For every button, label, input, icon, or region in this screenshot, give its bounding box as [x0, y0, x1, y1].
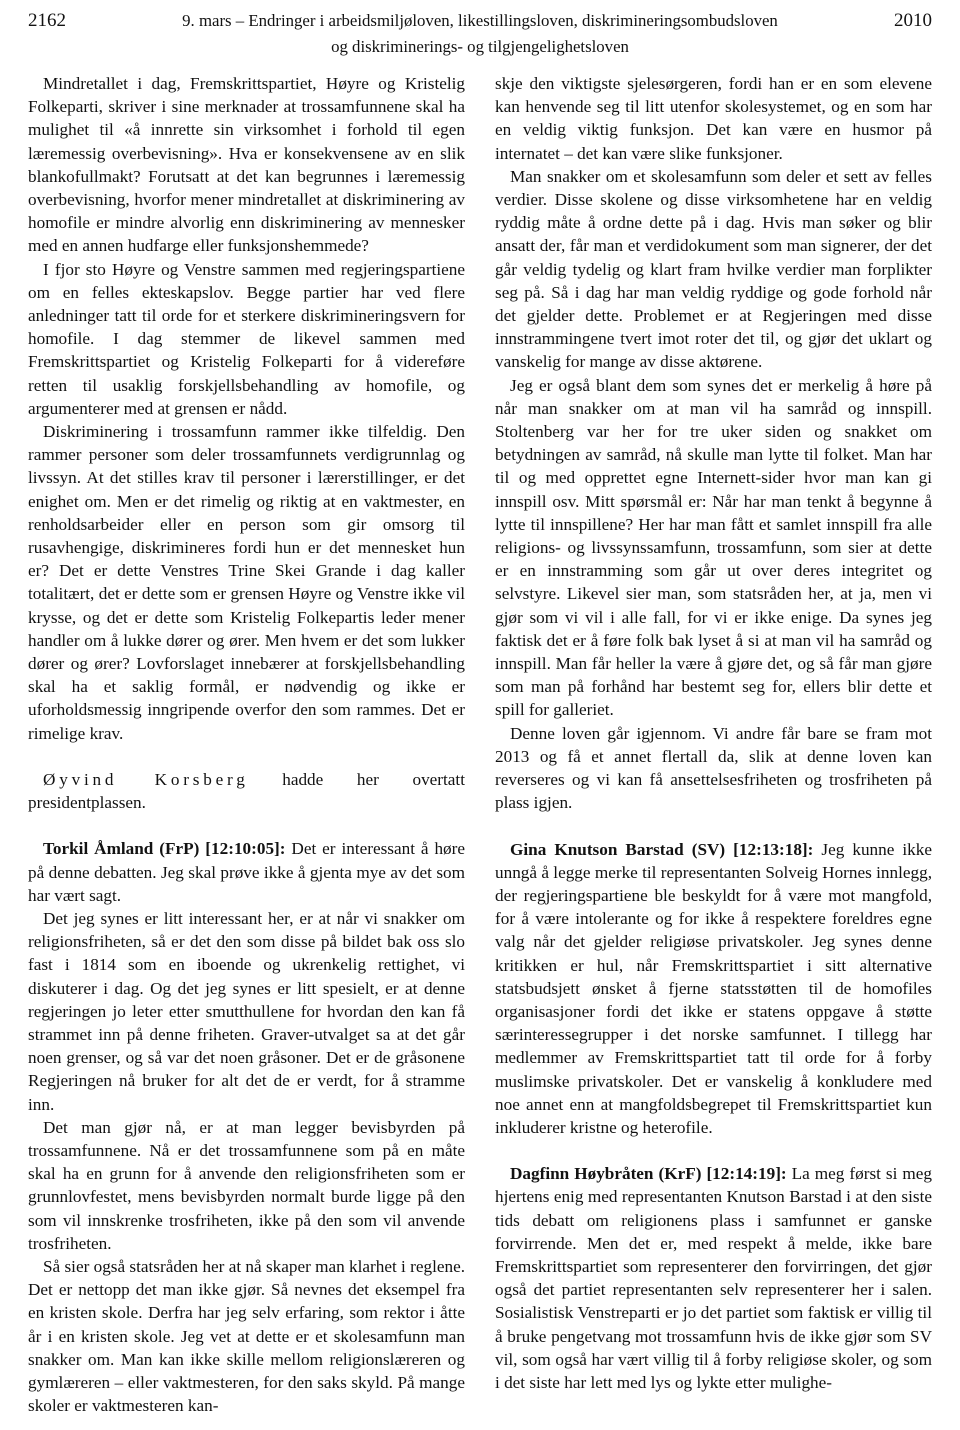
paragraph: Mindretallet i dag, Fremskrittspartiet, … [28, 72, 465, 258]
paragraph: Det man gjør nå, er at man legger bevisb… [28, 1116, 465, 1255]
column-left: Mindretallet i dag, Fremskrittspartiet, … [28, 72, 465, 1417]
paragraph: Jeg er også blant dem som synes det er m… [495, 374, 932, 722]
page-header: 2162 9. mars – Endringer i arbeidsmiljøl… [28, 8, 932, 60]
speaker-name: Gina Knutson Barstad (SV) [12:13:18]: [510, 840, 813, 859]
page-number-left: 2162 [28, 8, 106, 34]
paragraph: Så sier også statsråden her at nå skaper… [28, 1255, 465, 1417]
paragraph: Man snakker om et skolesamfunn som deler… [495, 165, 932, 374]
column-right: skje den viktigste sjelesørgeren, fordi … [495, 72, 932, 1417]
speech-paragraph: Dagfinn Høybråten (KrF) [12:14:19]: La m… [495, 1162, 932, 1394]
document-page: 2162 9. mars – Endringer i arbeidsmiljøl… [0, 0, 960, 1430]
president-note: Øyvind Korsberg hadde her overtatt presi… [28, 768, 465, 814]
paragraph: Det jeg synes er litt interessant her, e… [28, 907, 465, 1116]
running-title-line2: og diskriminerings- og tilgjengelighetsl… [112, 34, 848, 60]
paragraph: I fjor sto Høyre og Venstre sammen med r… [28, 258, 465, 420]
running-title-line1: 9. mars – Endringer i arbeidsmiljøloven,… [112, 8, 848, 34]
speech-paragraph: Torkil Åmland (FrP) [12:10:05]: Det er i… [28, 837, 465, 907]
speaker-name: Torkil Åmland (FrP) [12:10:05]: [43, 839, 286, 858]
year-right: 2010 [854, 8, 932, 34]
paragraph: Denne loven går igjennom. Vi andre får b… [495, 722, 932, 815]
speech-paragraph: Gina Knutson Barstad (SV) [12:13:18]: Je… [495, 838, 932, 1140]
speaker-name: Dagfinn Høybråten (KrF) [12:14:19]: [510, 1164, 787, 1183]
paragraph: Diskriminering i trossamfunn rammer ikke… [28, 420, 465, 745]
running-title: 9. mars – Endringer i arbeidsmiljøloven,… [106, 8, 854, 60]
paragraph: skje den viktigste sjelesørgeren, fordi … [495, 72, 932, 165]
president-name: Øyvind Korsberg [43, 770, 249, 789]
content-columns: Mindretallet i dag, Fremskrittspartiet, … [28, 72, 932, 1417]
